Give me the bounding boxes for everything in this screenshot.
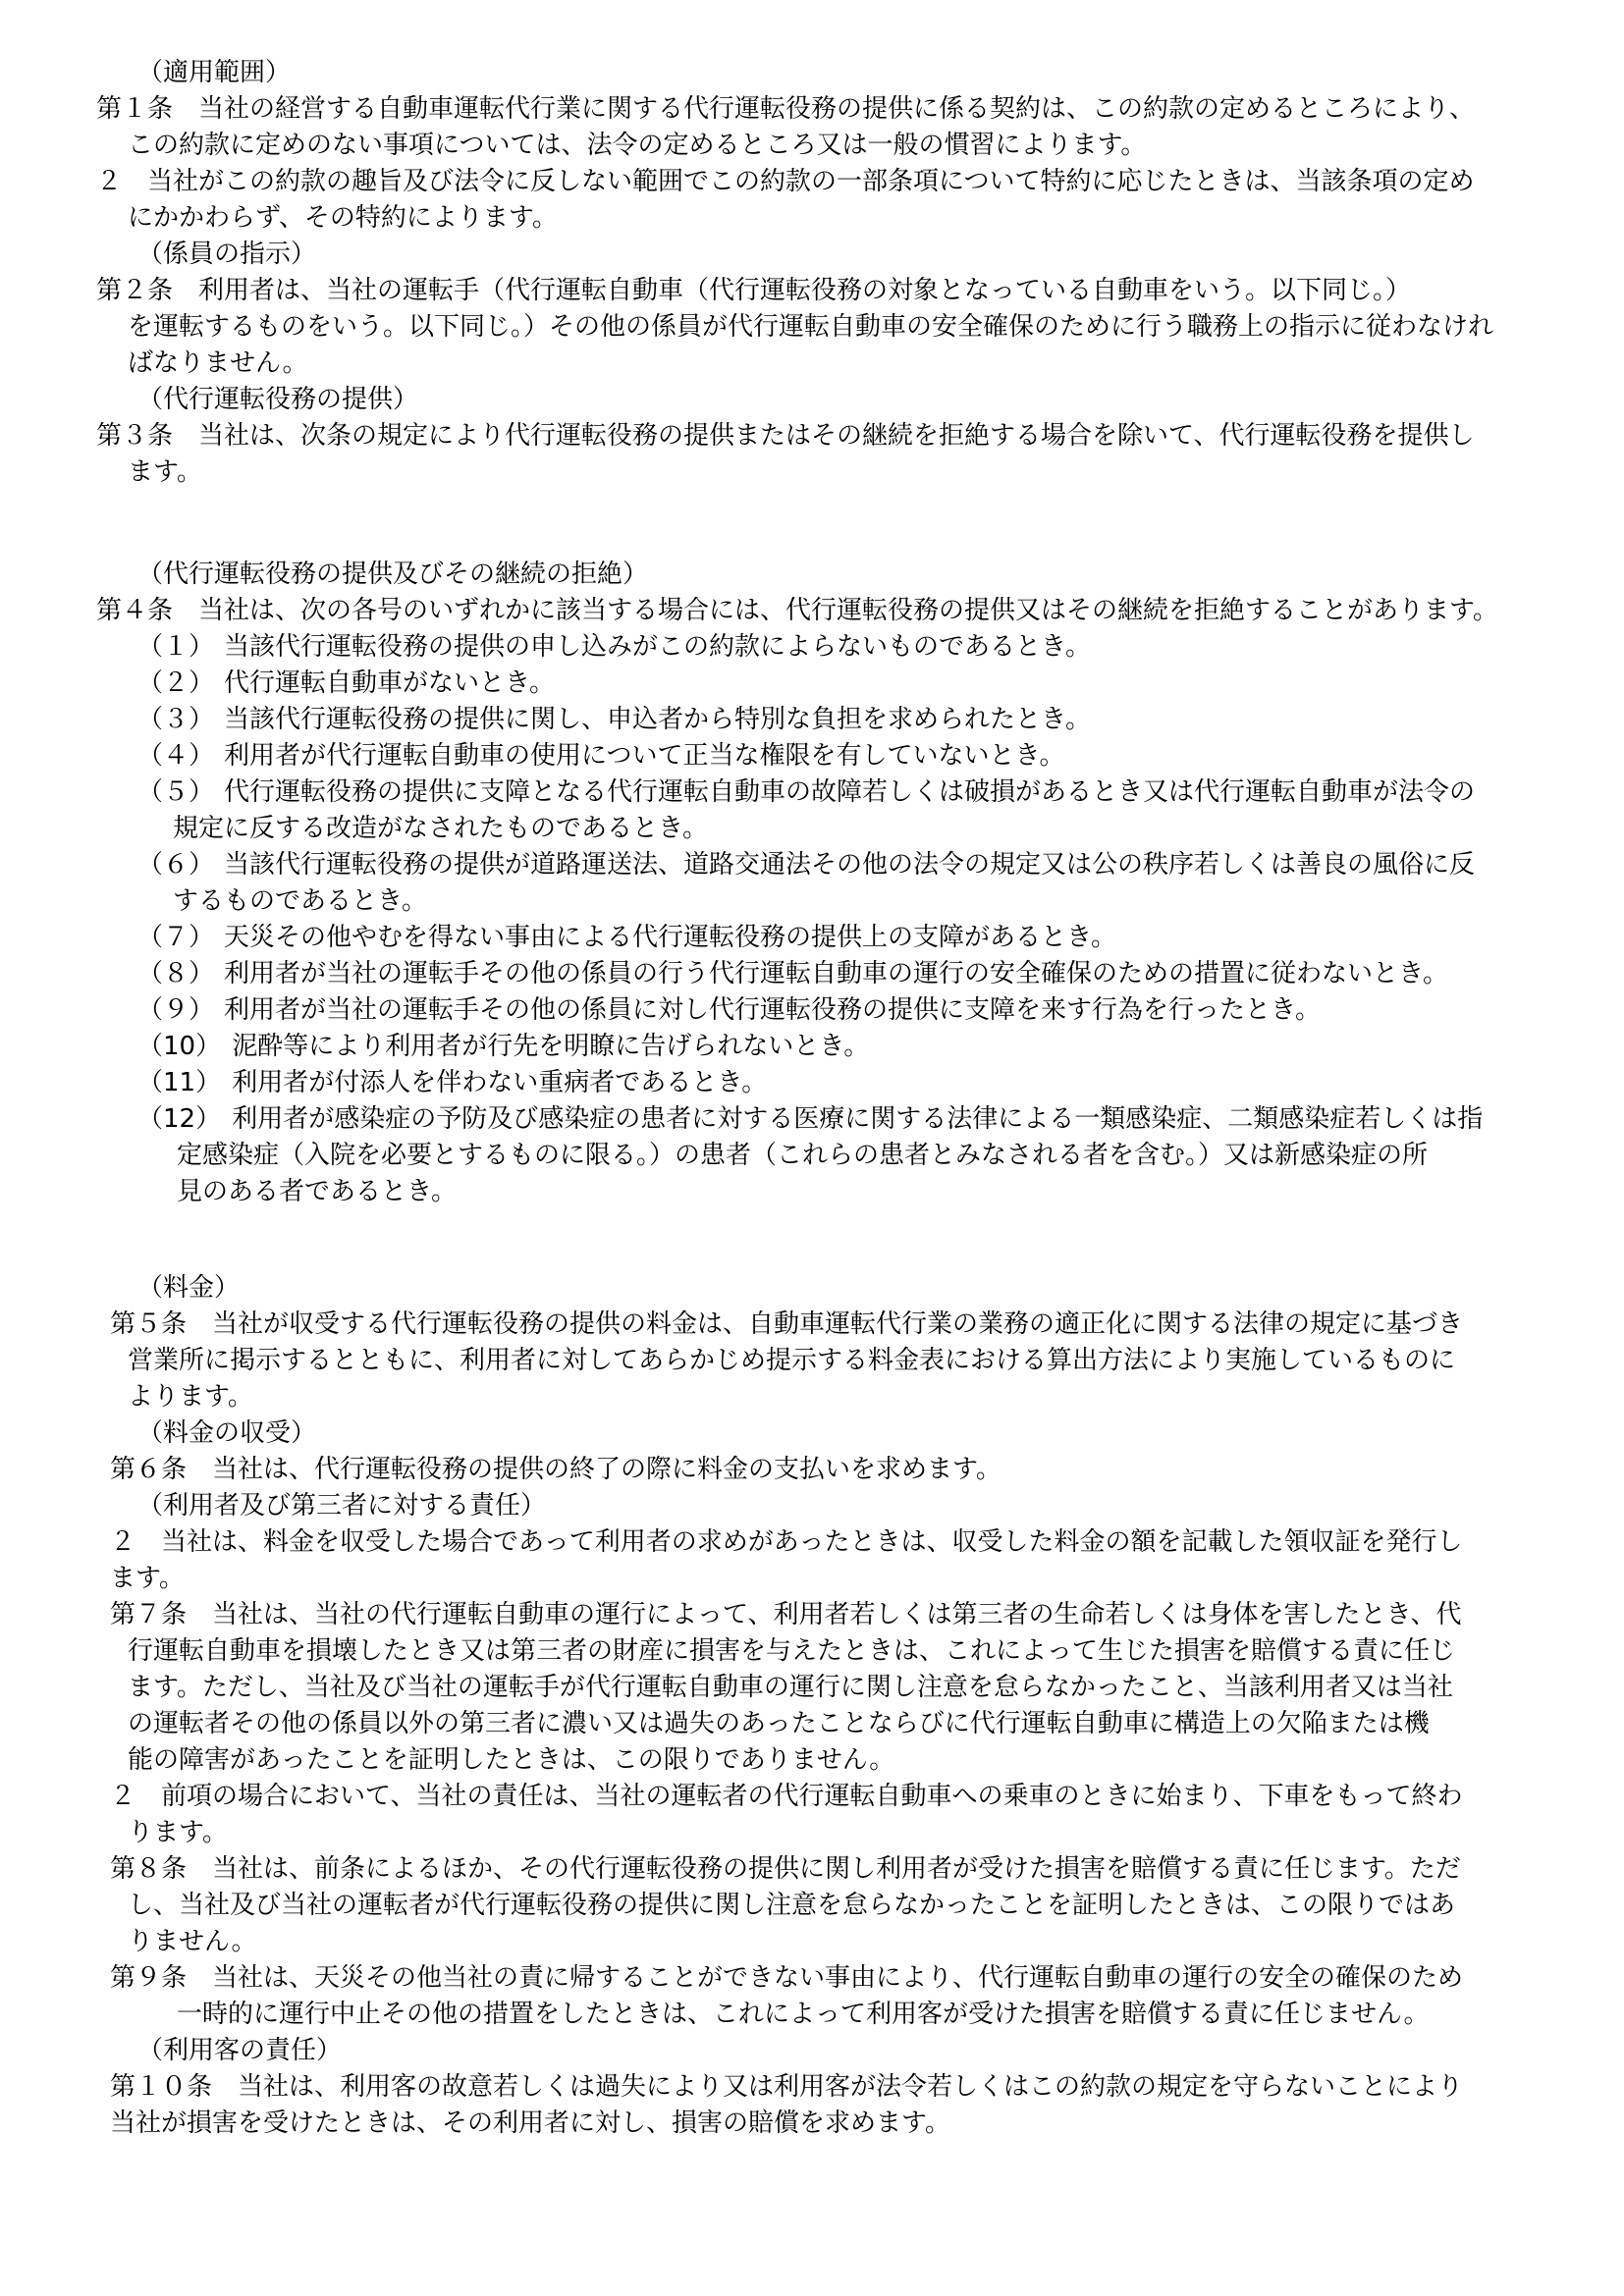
item-number: （11） xyxy=(137,1066,224,1099)
paragraph-line: ２ 当社がこの約款の趣旨及び法令に反しない範囲でこの約款の一部条項について特約に… xyxy=(96,165,1474,198)
list-item: （２）代行運転自動車がないとき。 xyxy=(137,667,555,700)
continuation-line: りません。 xyxy=(128,1925,257,1958)
article-heading: （料金） xyxy=(137,1271,240,1305)
article-line: 第８条 当社は、前条によるほか、その代行運転役務の提供に関し利用者が受けた損害を… xyxy=(110,1852,1461,1886)
article-heading: （適用範囲） xyxy=(137,56,291,89)
list-item-continuation: 定感染症（入院を必要とするものに限る。）の患者（これらの患者とみなされる者を含む… xyxy=(177,1139,1428,1172)
continuation-line: この約款に定めのない事項については、法令の定めるところ又は一般の慣習によります。 xyxy=(128,129,1146,162)
item-text: 当該代行運転役務の提供が道路運送法、道路交通法その他の法令の規定又は公の秩序若し… xyxy=(224,850,1475,880)
item-number: （７） xyxy=(137,921,224,954)
list-item: （９）利用者が当社の運転手その他の係員に対し代行運転役務の提供に支障を来す行為を… xyxy=(137,993,1321,1027)
continuation-line: 行運転自動車を損壊したとき又は第三者の財産に損害を与えたときは、これによって生じ… xyxy=(128,1634,1455,1668)
list-item: （３）当該代行運転役務の提供に関し、申込者から特別な負担を求められたとき。 xyxy=(137,703,1091,736)
list-item: （４）利用者が代行運転自動車の使用について正当な権限を有していないとき。 xyxy=(137,739,1064,773)
item-number: （12） xyxy=(137,1102,224,1136)
continuation-line: 一時的に運行中止その他の措置をしたときは、これによって利用客が受けた損害を賠償す… xyxy=(177,1998,1430,2031)
list-item: （５）代行運転役務の提供に支障となる代行運転自動車の故障若しくは破損があるとき又… xyxy=(137,775,1475,809)
continuation-line: 能の障害があったことを証明したときは、この限りでありません。 xyxy=(128,1743,894,1777)
item-text: 代行運転自動車がないとき。 xyxy=(224,668,555,698)
article-line: 第５条 当社が収受する代行運転役務の提供の料金は、自動車運転代行業の業務の適正化… xyxy=(110,1308,1463,1341)
item-text: 利用者が感染症の予防及び感染症の患者に対する医療に関する法律による一類感染症、二… xyxy=(224,1104,1483,1134)
item-number: （９） xyxy=(137,993,224,1027)
item-number: （３） xyxy=(137,703,224,736)
list-item: （12） 利用者が感染症の予防及び感染症の患者に対する医療に関する法律による一類… xyxy=(137,1102,1483,1136)
item-number: （６） xyxy=(137,848,224,881)
article-heading: （料金の収受） xyxy=(137,1416,316,1450)
article-heading: （利用客の責任） xyxy=(137,2034,342,2067)
article-line: 第６条 当社は、代行運転役務の提供の終了の際に料金の支払いを求めます。 xyxy=(110,1453,1001,1486)
item-number: （２） xyxy=(137,667,224,700)
list-item: （６）当該代行運転役務の提供が道路運送法、道路交通法その他の法令の規定又は公の秩… xyxy=(137,848,1475,881)
list-item: （８）利用者が当社の運転手その他の係員の行う代行運転自動車の運行の安全確保のため… xyxy=(137,957,1448,990)
document-page: （適用範囲）第１条 当社の経営する自動車運転代行業に関する代行運転役務の提供に係… xyxy=(0,0,1624,2296)
list-item-continuation: 見のある者であるとき。 xyxy=(177,1175,457,1208)
list-item: （10） 泥酔等により利用者が行先を明瞭に告げられないとき。 xyxy=(137,1030,869,1063)
item-text: 利用者が当社の運転手その他の係員に対し代行運転役務の提供に支障を来す行為を行った… xyxy=(224,995,1321,1025)
item-number: （８） xyxy=(137,957,224,990)
continuation-line: ます。 xyxy=(128,455,202,489)
item-text: 代行運転役務の提供に支障となる代行運転自動車の故障若しくは破損があるとき又は代行… xyxy=(224,777,1475,807)
continuation-line: にかかわらず、その特約によります。 xyxy=(128,201,558,235)
list-item: （７）天災その他やむを得ない事由による代行運転役務の提供上の支障があるとき。 xyxy=(137,921,1116,954)
item-number: （４） xyxy=(137,739,224,773)
continuation-line: ます。 xyxy=(110,1562,185,1595)
article-line: 第１０条 当社は、利用客の故意若しくは過失により又は利用客が法令若しくはこの約款… xyxy=(110,2070,1463,2104)
continuation-line: の運転者その他の係員以外の第三者に濃い又は過失のあったことならびに代行運転自動車… xyxy=(128,1707,1430,1740)
article-line: 第７条 当社は、当社の代行運転自動車の運行によって、利用者若しくは第三者の生命若… xyxy=(110,1598,1461,1631)
article-line: 第９条 当社は、天災その他当社の責に帰することができない事由により、代行運転自動… xyxy=(110,1961,1463,1995)
continuation-line: ばなりません。 xyxy=(128,347,308,380)
continuation-line: 当社が損害を受けたときは、その利用者に対し、損害の賠償を求めます。 xyxy=(110,2107,950,2140)
article-line: 第３条 当社は、次条の規定により代行運転役務の提供またはその継続を拒絶する場合を… xyxy=(96,419,1474,453)
article-line: 第１条 当社の経営する自動車運転代行業に関する代行運転役務の提供に係る契約は、こ… xyxy=(96,92,1475,126)
continuation-line: を運転するものをいう。以下同じ。）その他の係員が代行運転自動車の安全確保のために… xyxy=(128,310,1493,344)
item-number: （10） xyxy=(137,1030,224,1063)
article-line: 第４条 当社は、次の各号のいずれかに該当する場合には、代行運転役務の提供又はその… xyxy=(96,594,1498,627)
continuation-line: ます。ただし、当社及び当社の運転手が代行運転自動車の運行に関し注意を怠らなかった… xyxy=(128,1671,1453,1704)
article-heading: （利用者及び第三者に対する責任） xyxy=(137,1489,546,1522)
item-text: 天災その他やむを得ない事由による代行運転役務の提供上の支障があるとき。 xyxy=(224,923,1116,952)
item-number: （５） xyxy=(137,775,224,809)
continuation-line: 営業所に掲示するとともに、利用者に対してあらかじめ提示する料金表における算出方法… xyxy=(128,1344,1455,1377)
item-text: 利用者が代行運転自動車の使用について正当な権限を有していないとき。 xyxy=(224,741,1064,771)
article-line: 第２条 利用者は、当社の運転手（代行運転自動車（代行運転役務の対象となっている自… xyxy=(96,274,1411,307)
item-text: 当該代行運転役務の提供に関し、申込者から特別な負担を求められたとき。 xyxy=(224,705,1091,734)
continuation-line: ります。 xyxy=(128,1816,228,1849)
item-number: （１） xyxy=(137,630,224,664)
item-text: 利用者が当社の運転手その他の係員の行う代行運転自動車の運行の安全確保のための措置… xyxy=(224,959,1448,988)
item-text: 利用者が付添人を伴わない重病者であるとき。 xyxy=(224,1068,767,1097)
article-heading: （係員の指示） xyxy=(137,238,316,271)
list-item: （１）当該代行運転役務の提供の申し込みがこの約款によらないものであるとき。 xyxy=(137,630,1091,664)
list-item-continuation: するものであるとき。 xyxy=(173,884,427,918)
list-item-continuation: 規定に反する改造がなされたものであるとき。 xyxy=(173,812,708,845)
item-text: 泥酔等により利用者が行先を明瞭に告げられないとき。 xyxy=(224,1032,869,1061)
paragraph-line: ２ 前項の場合において、当社の責任は、当社の運転者の代行運転自動車への乗車のとき… xyxy=(110,1780,1462,1813)
item-text: 当該代行運転役務の提供の申し込みがこの約款によらないものであるとき。 xyxy=(224,632,1091,662)
article-heading: （代行運転役務の提供及びその継続の拒絶） xyxy=(137,558,648,591)
paragraph-line: ２ 当社は、料金を収受した場合であって利用者の求めがあったときは、収受した料金の… xyxy=(110,1525,1462,1559)
article-heading: （代行運転役務の提供） xyxy=(137,383,418,416)
list-item: （11） 利用者が付添人を伴わない重病者であるとき。 xyxy=(137,1066,767,1099)
continuation-line: し、当社及び当社の運転者が代行運転役務の提供に関し注意を怠らなかったことを証明し… xyxy=(128,1889,1455,1922)
continuation-line: よります。 xyxy=(128,1380,253,1414)
